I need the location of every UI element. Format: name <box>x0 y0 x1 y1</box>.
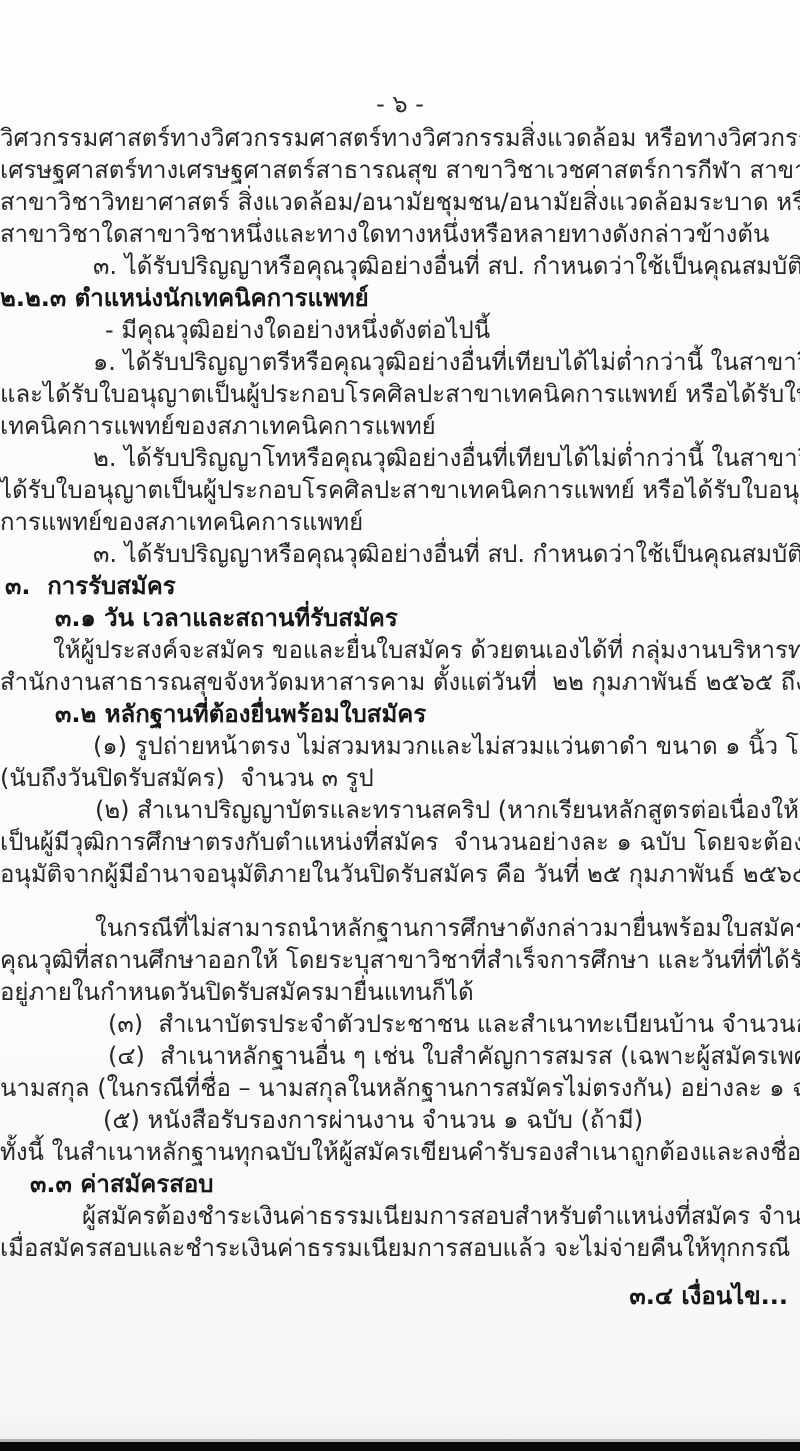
text-line: อนุมัติจากผู้มีอำนาจอนุมัติภายในวันปิดรั… <box>0 858 800 890</box>
text-line: สำนักงานสาธารณสุขจังหวัดมหาสารคาม ตั้งแต… <box>0 666 800 698</box>
text-line: ให้ผู้ประสงค์จะสมัคร ขอและยื่นใบสมัคร ด้… <box>0 634 800 666</box>
text-line: ทั้งนี้ ในสำเนาหลักฐานทุกฉบับให้ผู้สมัคร… <box>0 1136 800 1168</box>
text-line: (๓) สำเนาบัตรประจำตัวประชาชน และสำเนาทะเ… <box>0 1008 800 1040</box>
text-line: สาขาวิชาใดสาขาวิชาหนึ่งและทางใดทางหนึ่งห… <box>0 218 800 250</box>
text-line: ในกรณีที่ไม่สามารถนำหลักฐานการศึกษาดังกล… <box>0 912 800 944</box>
text-line: (๕) หนังสือรับรองการผ่านงาน จำนวน ๑ ฉบับ… <box>0 1104 800 1136</box>
page-number: - ๖ - <box>0 88 800 120</box>
text-line: เศรษฐศาสตร์ทางเศรษฐศาสตร์สาธารณสุข สาขาว… <box>0 154 800 186</box>
text-line: อยู่ภายในกำหนดวันปิดรับสมัครมายื่นแทนก็ไ… <box>0 976 800 1008</box>
text-line: (นับถึงวันปิดรับสมัคร) จำนวน ๓ รูป <box>0 762 800 794</box>
text-line: การแพทย์ของสภาเทคนิคการแพทย์ <box>0 506 800 538</box>
text-line: ๓. ได้รับปริญญาหรือคุณวุฒิอย่างอื่นที่ ส… <box>0 250 800 282</box>
text-line: (๔) สำเนาหลักฐานอื่น ๆ เช่น ใบสำคัญการสม… <box>0 1040 800 1072</box>
text-line: (๒) สำเนาปริญญาบัตรและทรานสคริป (หากเรีย… <box>0 794 800 826</box>
section-heading-line: ๓.๓ ค่าสมัครสอบ <box>0 1168 800 1200</box>
text-line: นามสกุล (ในกรณีที่ชื่อ – นามสกุลในหลักฐา… <box>0 1072 800 1104</box>
text-line: และได้รับใบอนุญาตเป็นผู้ประกอบโรคศิลปะสา… <box>0 378 800 410</box>
text-line: สาขาวิชาวิทยาศาสตร์ สิ่งแวดล้อม/อนามัยชุ… <box>0 186 800 218</box>
section-heading-line: ๓.๒ หลักฐานที่ต้องยื่นพร้อมใบสมัคร <box>0 698 800 730</box>
text-line: เมื่อสมัครสอบและชำระเงินค่าธรรมเนียมการส… <box>0 1232 800 1264</box>
scan-bottom-bar <box>0 1442 800 1451</box>
section-heading-line: ๒.๒.๓ ตำแหน่งนักเทคนิคการแพทย์ <box>0 282 800 314</box>
text-line: เป็นผู้มีวุฒิการศึกษาตรงกับตำแหน่งที่สมั… <box>0 826 800 858</box>
text-line: ๑. ได้รับปริญญาตรีหรือคุณวุฒิอย่างอื่นที… <box>0 346 800 378</box>
text-line: - มีคุณวุฒิอย่างใดอย่างหนึ่งดังต่อไปนี้ <box>0 314 800 346</box>
text-line: (๑) รูปถ่ายหน้าตรง ไม่สวมหมวกและไม่สวมแว… <box>0 730 800 762</box>
section-heading-line: ๓. การรับสมัคร <box>0 570 800 602</box>
text-line: วิศวกรรมศาสตร์ทางวิศวกรรมศาสตร์ทางวิศวกร… <box>0 122 800 154</box>
text-line: เทคนิคการแพทย์ของสภาเทคนิคการแพทย์ <box>0 410 800 442</box>
document-body: วิศวกรรมศาสตร์ทางวิศวกรรมศาสตร์ทางวิศวกร… <box>0 122 800 1312</box>
text-line: ได้รับใบอนุญาตเป็นผู้ประกอบโรคศิลปะสาขาเ… <box>0 474 800 506</box>
document-page: - ๖ - วิศวกรรมศาสตร์ทางวิศวกรรมศาสตร์ทาง… <box>0 0 800 1451</box>
text-line: ๒. ได้รับปริญญาโทหรือคุณวุฒิอย่างอื่นที่… <box>0 442 800 474</box>
text-line: ๓. ได้รับปริญญาหรือคุณวุฒิอย่างอื่นที่ ส… <box>0 538 800 570</box>
section-heading-line: ๓.๑ วัน เวลาและสถานที่รับสมัคร <box>0 602 800 634</box>
text-line: ผู้สมัครต้องชำระเงินค่าธรรมเนียมการสอบสำ… <box>0 1200 800 1232</box>
section-heading-line: ๓.๔ เงื่อนไข... <box>0 1280 800 1312</box>
text-line: คุณวุฒิที่สถานศึกษาออกให้ โดยระบุสาขาวิช… <box>0 944 800 976</box>
